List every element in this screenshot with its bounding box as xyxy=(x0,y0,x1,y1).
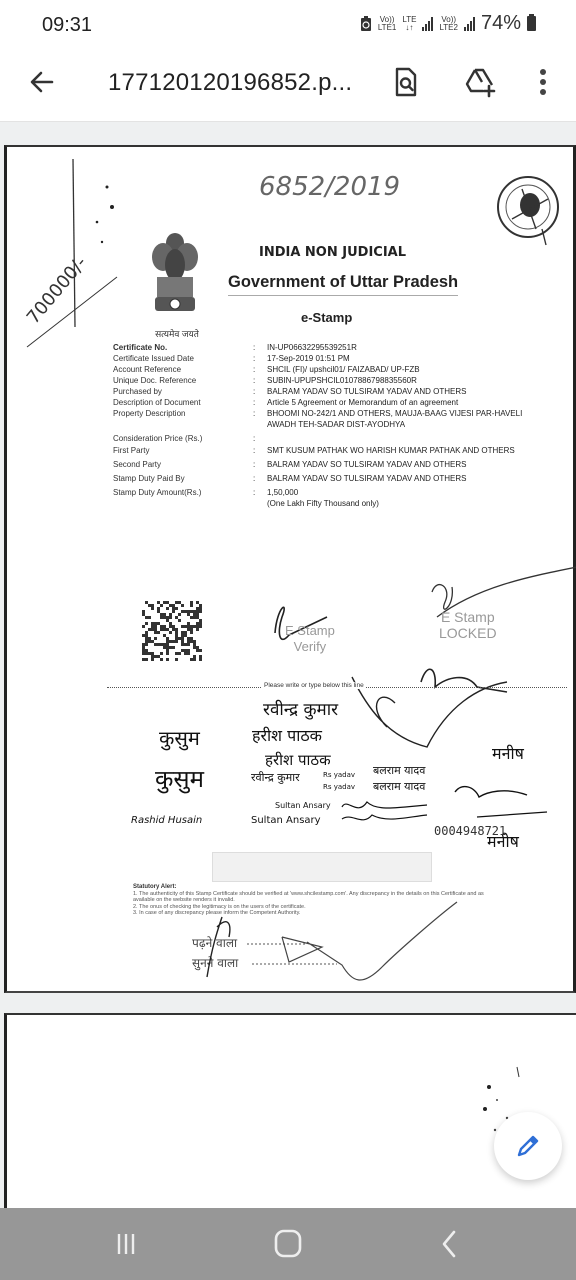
field-stamp-duty-paid-by: Stamp Duty Paid By:BALRAM YADAV SO TULSI… xyxy=(113,473,553,484)
sim2-indicator: Vo))LTE2 xyxy=(439,16,458,32)
more-vert-icon[interactable] xyxy=(525,64,561,100)
search-in-document-icon[interactable] xyxy=(388,64,424,100)
svg-text:Sultan Ansary: Sultan Ansary xyxy=(251,815,321,826)
pdf-page-2 xyxy=(4,1013,576,1208)
battery-icon xyxy=(527,16,536,31)
svg-text:हरीश पाठक: हरीश पाठक xyxy=(252,726,323,745)
back-arrow-icon[interactable] xyxy=(26,66,58,98)
svg-text:Rs yadav: Rs yadav xyxy=(323,771,355,779)
battery-percent: 74% xyxy=(481,12,521,35)
status-bar: 09:31 Vo))LTE1 LTE↓↑ Vo))LTE2 74% xyxy=(0,0,576,52)
statutory-alert: Statutory Alert: 1. The authenticity of … xyxy=(133,884,493,917)
pdf-viewer[interactable]: 700000/- 6852/2019 रवीन्द्र कुमार कुसुम … xyxy=(0,123,576,1208)
doc-header-line1: INDIA NON JUDICIAL xyxy=(259,245,406,260)
back-nav-icon[interactable] xyxy=(430,1226,470,1262)
estamp-verify-mark: E Stamp Verify xyxy=(285,623,335,655)
status-time: 09:31 xyxy=(42,14,92,37)
status-indicators: Vo))LTE1 LTE↓↑ Vo))LTE2 74% xyxy=(360,12,536,35)
recent-apps-icon[interactable] xyxy=(106,1226,146,1262)
home-icon[interactable] xyxy=(268,1226,308,1262)
svg-text:रवीन्द्र कुमार: रवीन्द्र कुमार xyxy=(251,771,300,784)
pdf-page-1: 700000/- 6852/2019 रवीन्द्र कुमार कुसुम … xyxy=(4,145,576,993)
svg-text:मनीष: मनीष xyxy=(492,744,525,763)
redacted-box xyxy=(212,852,432,882)
field-certificate-no: Certificate No.:IN-UP06632295539251R xyxy=(113,342,553,353)
svg-text:Rashid Husain: Rashid Husain xyxy=(131,815,202,826)
sim1-indicator: Vo))LTE1 xyxy=(378,16,397,32)
qr-code-icon xyxy=(142,601,202,661)
serial-number: 0004948721 xyxy=(434,824,506,838)
svg-text:कुसुम: कुसुम xyxy=(155,765,205,794)
signal-bars-sim2-icon xyxy=(464,17,475,31)
document-title: 17712012019​6852.p... xyxy=(108,69,352,97)
edit-pencil-icon xyxy=(513,1131,543,1161)
doc-header-line2: Government of Uttar Pradesh xyxy=(228,273,458,296)
official-seal-icon xyxy=(492,169,564,249)
field-issued-date: Certificate Issued Date:17-Sep-2019 01:5… xyxy=(113,353,553,364)
svg-text:कुसुम: कुसुम xyxy=(159,726,201,751)
signal-bars-sim1-icon xyxy=(422,17,433,31)
certificate-fields: Certificate No.:IN-UP06632295539251R Cer… xyxy=(113,342,553,509)
field-second-party: Second Party:BALRAM YADAV SO TULSIRAM YA… xyxy=(113,459,553,470)
svg-text:Sultan Ansary: Sultan Ansary xyxy=(275,801,331,810)
add-to-drive-icon[interactable] xyxy=(462,64,498,100)
battery-saver-icon xyxy=(360,16,372,32)
write-below-label: Please write or type below this line xyxy=(262,682,366,689)
page2-speckles xyxy=(7,1015,576,1208)
field-unique-doc-ref: Unique Doc. Reference:SUBIN-UPUPSHCIL010… xyxy=(113,375,553,386)
field-purchased-by: Purchased by:BALRAM YADAV SO TULSIRAM YA… xyxy=(113,386,553,397)
field-consideration-price: Consideration Price (Rs.): xyxy=(113,433,553,444)
system-nav-bar xyxy=(0,1208,576,1280)
network-type: LTE↓↑ xyxy=(402,16,416,32)
svg-text:हरीश पाठक: हरीश पाठक xyxy=(265,751,331,769)
field-property-description: Property Description:BHOOMI NO-242/1 AND… xyxy=(113,408,553,430)
svg-text:6852/2019: 6852/2019 xyxy=(259,172,400,202)
edit-fab-button[interactable] xyxy=(494,1112,562,1180)
svg-text:Rs yadav: Rs yadav xyxy=(323,783,355,791)
svg-text:सुनने वाला: सुनने वाला xyxy=(192,956,239,971)
svg-text:पढ़ने वाला: पढ़ने वाला xyxy=(192,936,238,950)
field-description: Description of Document:Article 5 Agreem… xyxy=(113,397,553,408)
emblem-motto: सत्यमेव जयते xyxy=(147,327,207,340)
estamp-locked-mark: E Stamp LOCKED xyxy=(439,609,497,641)
app-bar: 17712012019​6852.p... xyxy=(0,52,576,122)
svg-text:700000/-: 700000/- xyxy=(23,252,91,328)
national-emblem-icon xyxy=(147,227,203,327)
svg-text:बलराम यादव: बलराम यादव xyxy=(373,780,426,793)
svg-text:बलराम यादव: बलराम यादव xyxy=(373,764,426,777)
field-first-party: First Party:SMT KUSUM PATHAK WO HARISH K… xyxy=(113,445,553,456)
doc-header-line3: e-Stamp xyxy=(301,310,352,325)
field-stamp-duty-amount: Stamp Duty Amount(Rs.):1,50,000 (One Lak… xyxy=(113,487,553,509)
field-account-reference: Account Reference:SHCIL (FI)/ upshcil01/… xyxy=(113,364,553,375)
svg-text:रवीन्द्र कुमार: रवीन्द्र कुमार xyxy=(263,699,339,720)
